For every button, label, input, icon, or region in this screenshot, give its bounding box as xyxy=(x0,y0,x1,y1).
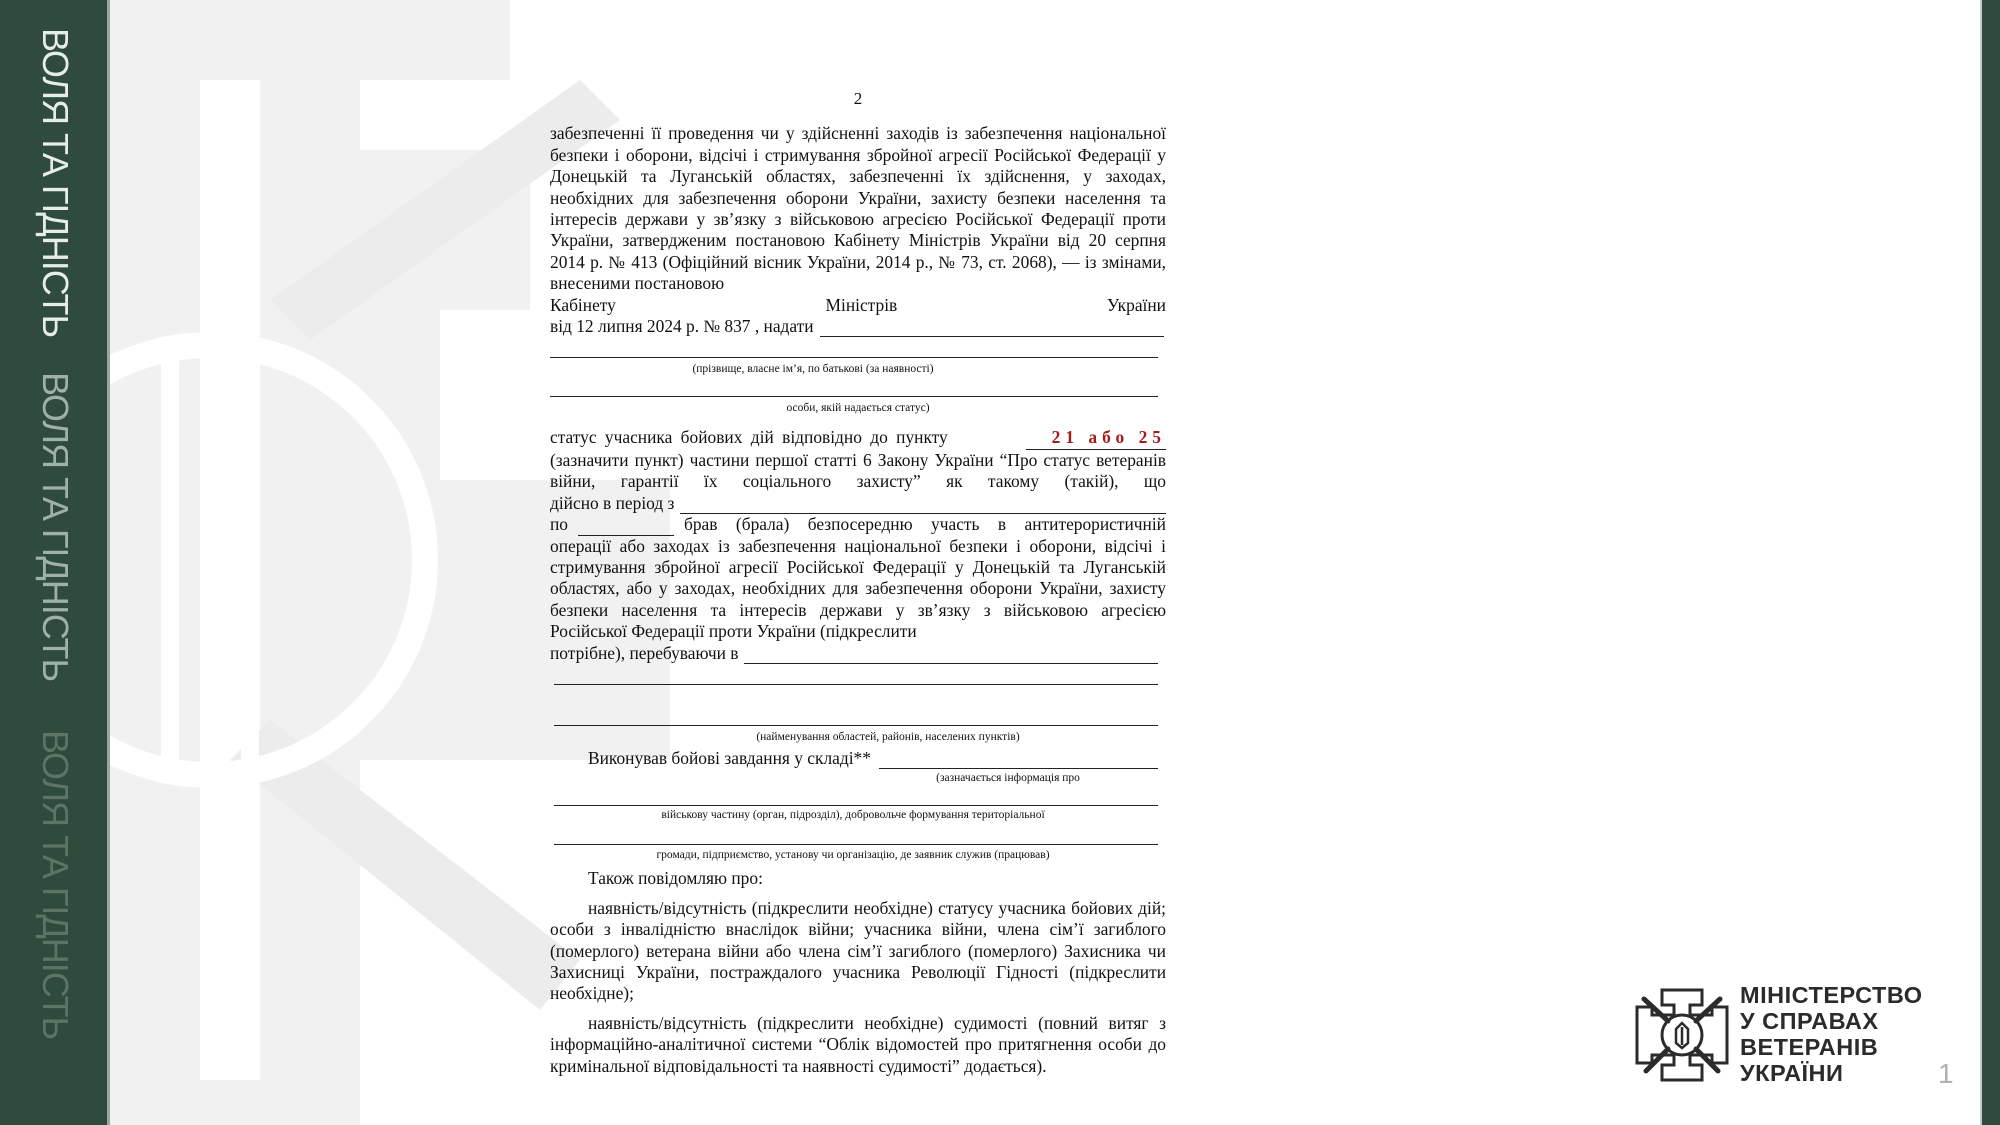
status-line: статус учасника бойових дій відповідно д… xyxy=(550,427,1166,449)
location-line: потрібне), перебуваючи в xyxy=(550,643,1166,664)
paragraph-criminal-record: наявність/відсутність (підкреслити необх… xyxy=(550,1013,1166,1077)
right-sidebar-band xyxy=(1980,0,2000,1125)
ministry-logo-icon xyxy=(1632,985,1732,1085)
paragraph-status-presence: наявність/відсутність (підкреслити необх… xyxy=(550,898,1166,1005)
period-from-line: дійсно в період з xyxy=(550,493,1166,514)
grant-label: від 12 липня 2024 р. № 837 , надати xyxy=(550,316,814,337)
full-name-caption: (прізвище, власне ім’я, по батькові (за … xyxy=(460,362,1166,376)
paragraph-legal-basis: забезпеченні її проведення чи у здійснен… xyxy=(550,123,1166,294)
also-inform: Також повідомляю про: xyxy=(588,868,1166,889)
paragraph-legal-basis-justified-line: Кабінету Міністрів України xyxy=(550,295,1166,316)
slide-number: 1 xyxy=(1938,1058,1954,1090)
places-caption: (найменування областей, районів, населен… xyxy=(610,730,1166,744)
period-to-line: по брав (брала) безпосередню участь в ан… xyxy=(550,514,1166,535)
paragraph-law-reference: (зазначити пункт) частини першої статті … xyxy=(550,450,1166,493)
period-from-field[interactable] xyxy=(680,497,1166,514)
combat-label: Виконував бойові завдання у складі** xyxy=(588,748,871,769)
person-field-line[interactable] xyxy=(550,376,1158,397)
document-page: 2 забезпеченні її проведення чи у здійсн… xyxy=(550,88,1166,1077)
period-from-label: дійсно в період з xyxy=(550,493,674,514)
page-number: 2 xyxy=(550,88,1166,109)
period-to-label: по xyxy=(550,514,568,535)
period-to-field[interactable] xyxy=(578,519,674,536)
grant-line: від 12 липня 2024 р. № 837 , надати xyxy=(550,316,1166,337)
slogan-secondary: ВОЛЯ ТА ГІДНІСТЬ xyxy=(37,372,73,681)
location-field[interactable] xyxy=(744,647,1158,664)
ministry-logo-text: МІНІСТЕРСТВО У СПРАВАХ ВЕТЕРАНІВ УКРАЇНИ xyxy=(1740,982,1923,1086)
participation-head: брав (брала) безпосередню участь в антит… xyxy=(684,514,1166,535)
location-label: потрібне), перебуваючи в xyxy=(550,643,738,664)
slogan-primary: ВОЛЯ ТА ГІДНІСТЬ xyxy=(37,28,73,337)
combat-line: Виконував бойові завдання у складі** xyxy=(550,748,1166,769)
unit-field-line-2[interactable] xyxy=(554,822,1158,845)
paragraph-participation: операції або заходах із забезпечення нац… xyxy=(550,536,1166,643)
slogan-tertiary: ВОЛЯ ТА ГІДНІСТЬ xyxy=(37,730,73,1039)
status-item-value[interactable]: 21 або 25 xyxy=(1026,427,1166,449)
logo-line-2: У СПРАВАХ xyxy=(1740,1008,1923,1034)
logo-line-3: ВЕТЕРАНІВ xyxy=(1740,1034,1923,1060)
full-name-field-line[interactable] xyxy=(550,337,1158,358)
combat-unit-field[interactable] xyxy=(879,752,1158,769)
location-field-line-3[interactable] xyxy=(554,685,1158,726)
person-caption: особи, якій надається статус) xyxy=(550,401,1166,415)
left-sidebar-band: ВОЛЯ ТА ГІДНІСТЬ ВОЛЯ ТА ГІДНІСТЬ ВОЛЯ Т… xyxy=(0,0,110,1125)
logo-line-4: УКРАЇНИ xyxy=(1740,1060,1923,1086)
unit-caption-2: військову частину (орган, підрозділ), до… xyxy=(540,808,1166,822)
unit-caption-3: громади, підприємство, установу чи орган… xyxy=(540,848,1166,862)
unit-field-line-1[interactable] xyxy=(554,785,1158,806)
status-prefix: статус учасника бойових дій відповідно д… xyxy=(550,427,948,449)
unit-caption-1: (зазначається інформація про xyxy=(850,771,1166,785)
logo-line-1: МІНІСТЕРСТВО xyxy=(1740,982,1923,1008)
location-field-line-2[interactable] xyxy=(554,664,1158,685)
grant-name-field[interactable] xyxy=(820,320,1164,337)
